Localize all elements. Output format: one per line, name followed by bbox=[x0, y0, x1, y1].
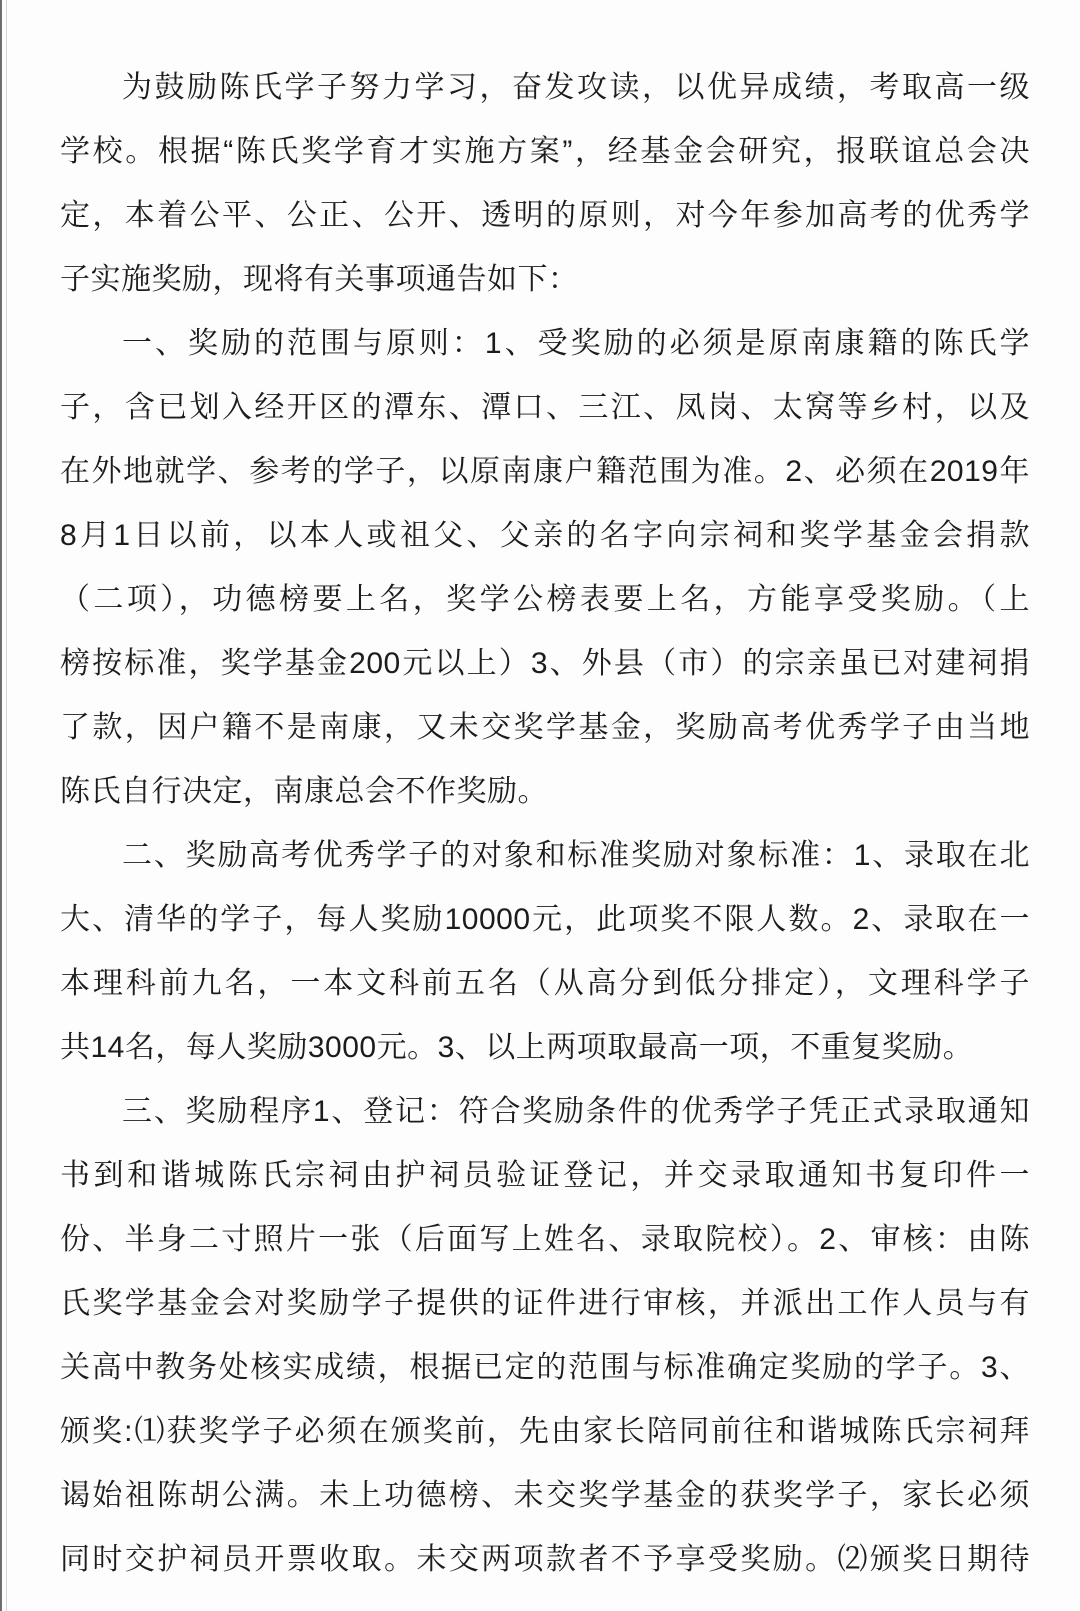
text-line: 谒始祖陈胡公满。未上功德榜、未交奖学基金的获奖学子，家长必须 bbox=[60, 1464, 1030, 1528]
text-line: 关高中教务处核实成绩，根据已定的范围与标准确定奖励的学子。3、 bbox=[60, 1336, 1030, 1400]
text-line: 学校。根据“陈氏奖学育才实施方案”，经基金会研究，报联谊总会决 bbox=[60, 120, 1030, 184]
text-line: 在外地就学、参考的学子，以原南康户籍范围为准。2、必须在2019年 bbox=[60, 440, 1030, 504]
text-line: 子，含已划入经开区的潭东、潭口、三江、凤岗、太窝等乡村，以及 bbox=[60, 376, 1030, 440]
document-page: 为鼓励陈氏学子努力学习，奋发攻读，以优异成绩，考取高一级学校。根据“陈氏奖学育才… bbox=[0, 0, 1080, 1611]
text-line: 陈氏自行决定，南康总会不作奖励。 bbox=[60, 760, 1030, 824]
text-line: 榜按标准，奖学基金200元以上）3、外县（市）的宗亲虽已对建祠捐 bbox=[60, 632, 1030, 696]
document-body: 为鼓励陈氏学子努力学习，奋发攻读，以优异成绩，考取高一级学校。根据“陈氏奖学育才… bbox=[0, 0, 1080, 1592]
text-line: 份、半身二寸照片一张（后面写上姓名、录取院校）。2、审核：由陈 bbox=[60, 1208, 1030, 1272]
text-line: 共14名，每人奖励3000元。3、以上两项取最高一项，不重复奖励。 bbox=[60, 1016, 1030, 1080]
text-line: 二、奖励高考优秀学子的对象和标准奖励对象标准：1、录取在北 bbox=[60, 824, 1030, 888]
text-line: 氏奖学基金会对奖励学子提供的证件进行审核，并派出工作人员与有 bbox=[60, 1272, 1030, 1336]
text-line: 三、奖励程序1、登记：符合奖励条件的优秀学子凭正式录取通知 bbox=[60, 1080, 1030, 1144]
text-line: 8月1日以前，以本人或祖父、父亲的名字向宗祠和奖学基金会捐款 bbox=[60, 504, 1030, 568]
text-line: 本理科前九名，一本文科前五名（从高分到低分排定），文理科学子 bbox=[60, 952, 1030, 1016]
text-line: 了款，因户籍不是南康，又未交奖学基金，奖励高考优秀学子由当地 bbox=[60, 696, 1030, 760]
text-line: 子实施奖励，现将有关事项通告如下： bbox=[60, 248, 1030, 312]
text-line: 定，本着公平、公正、公开、透明的原则，对今年参加高考的优秀学 bbox=[60, 184, 1030, 248]
text-line: 颁奖:⑴获奖学子必须在颁奖前，先由家长陪同前往和谐城陈氏宗祠拜 bbox=[60, 1400, 1030, 1464]
text-line: （二项），功德榜要上名，奖学公榜表要上名，方能享受奖励。（上 bbox=[60, 568, 1030, 632]
text-line: 书到和谐城陈氏宗祠由护祠员验证登记，并交录取通知书复印件一 bbox=[60, 1144, 1030, 1208]
text-line: 大、清华的学子，每人奖励10000元，此项奖不限人数。2、录取在一 bbox=[60, 888, 1030, 952]
text-line: 一、奖励的范围与原则：1、受奖励的必须是原南康籍的陈氏学 bbox=[60, 312, 1030, 376]
text-line: 为鼓励陈氏学子努力学习，奋发攻读，以优异成绩，考取高一级 bbox=[60, 56, 1030, 120]
text-line: 同时交护祠员开票收取。未交两项款者不予享受奖励。⑵颁奖日期待 bbox=[60, 1528, 1030, 1592]
